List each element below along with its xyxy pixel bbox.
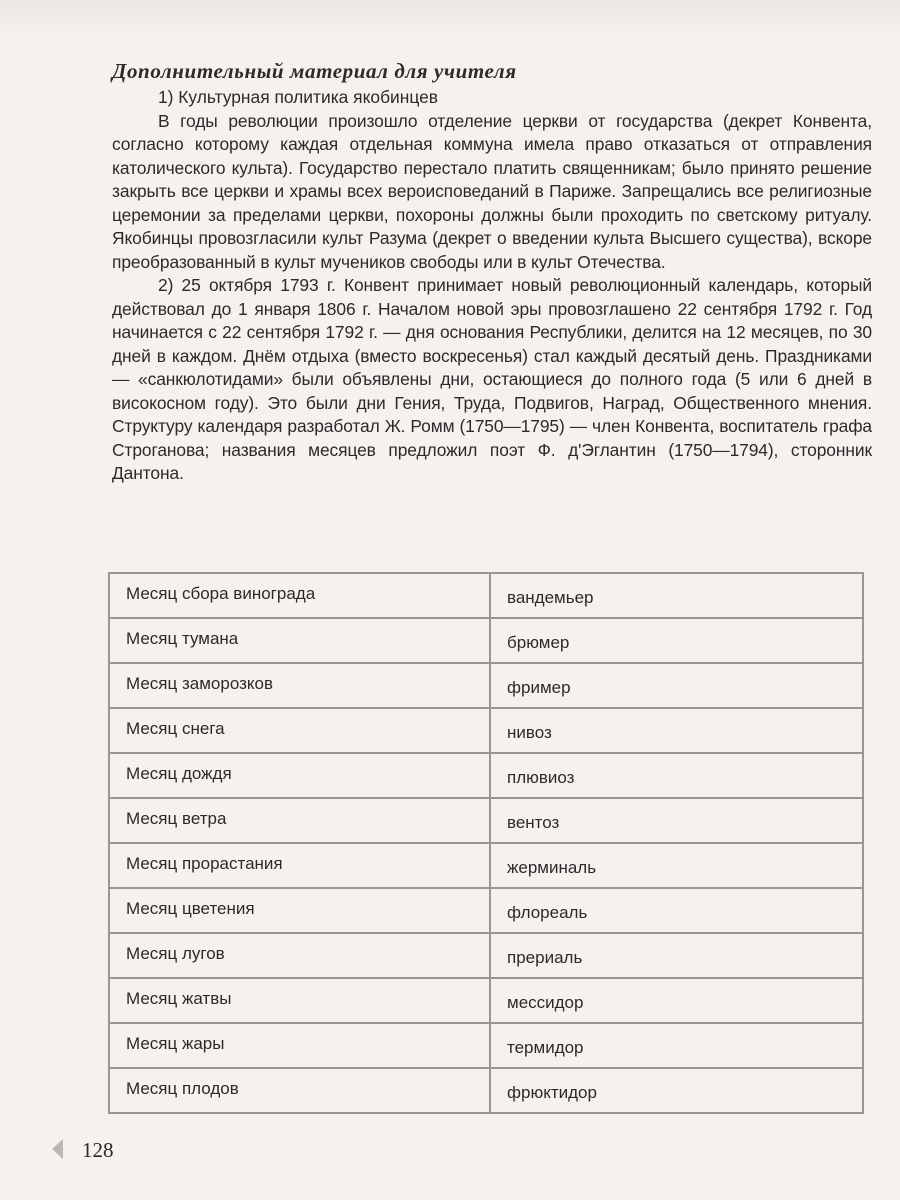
table-row: Месяц заморозковфример [109,663,863,708]
month-name-cell: фрюктидор [490,1068,863,1113]
month-meaning-cell: Месяц прорастания [109,843,490,888]
month-name-cell: прериаль [490,933,863,978]
month-meaning-cell: Месяц снега [109,708,490,753]
subsection-heading: 1) Культурная политика якобинцев [112,86,872,110]
section-title: Дополнительный материал для учителя [112,58,872,84]
triangle-left-icon [52,1139,63,1159]
paragraph-calendar: 2) 25 октября 1793 г. Конвент принимает … [112,274,872,486]
table-row: Месяц луговпрериаль [109,933,863,978]
month-name-cell: фример [490,663,863,708]
page-number: 128 [82,1138,114,1163]
month-meaning-cell: Месяц заморозков [109,663,490,708]
month-meaning-cell: Месяц ветра [109,798,490,843]
table-row: Месяц плодовфрюктидор [109,1068,863,1113]
month-name-cell: вентоз [490,798,863,843]
table-row: Месяц прорастанияжерминаль [109,843,863,888]
month-meaning-cell: Месяц тумана [109,618,490,663]
month-meaning-cell: Месяц сбора винограда [109,573,490,618]
table-row: Месяц жарытермидор [109,1023,863,1068]
month-name-cell: нивоз [490,708,863,753]
table-row: Месяц жатвымессидор [109,978,863,1023]
month-name-cell: термидор [490,1023,863,1068]
month-meaning-cell: Месяц цветения [109,888,490,933]
table-row: Месяц цветенияфлореаль [109,888,863,933]
month-meaning-cell: Месяц жары [109,1023,490,1068]
month-meaning-cell: Месяц дождя [109,753,490,798]
month-meaning-cell: Месяц плодов [109,1068,490,1113]
table-row: Месяц снеганивоз [109,708,863,753]
table-row: Месяц туманабрюмер [109,618,863,663]
month-name-cell: флореаль [490,888,863,933]
month-meaning-cell: Месяц жатвы [109,978,490,1023]
month-name-cell: вандемьер [490,573,863,618]
months-table: Месяц сбора виноградавандемьерМесяц тума… [108,572,864,1114]
table-row: Месяц дождяплювиоз [109,753,863,798]
month-name-cell: мессидор [490,978,863,1023]
months-table-body: Месяц сбора виноградавандемьерМесяц тума… [109,573,863,1113]
month-name-cell: жерминаль [490,843,863,888]
month-name-cell: плювиоз [490,753,863,798]
page-top-shade [0,0,900,40]
month-name-cell: брюмер [490,618,863,663]
page-content: Дополнительный материал для учителя 1) К… [112,58,872,486]
table-row: Месяц сбора виноградавандемьер [109,573,863,618]
paragraph-cultural-policy: В годы революции произошло отделение цер… [112,110,872,275]
month-meaning-cell: Месяц лугов [109,933,490,978]
table-row: Месяц ветравентоз [109,798,863,843]
